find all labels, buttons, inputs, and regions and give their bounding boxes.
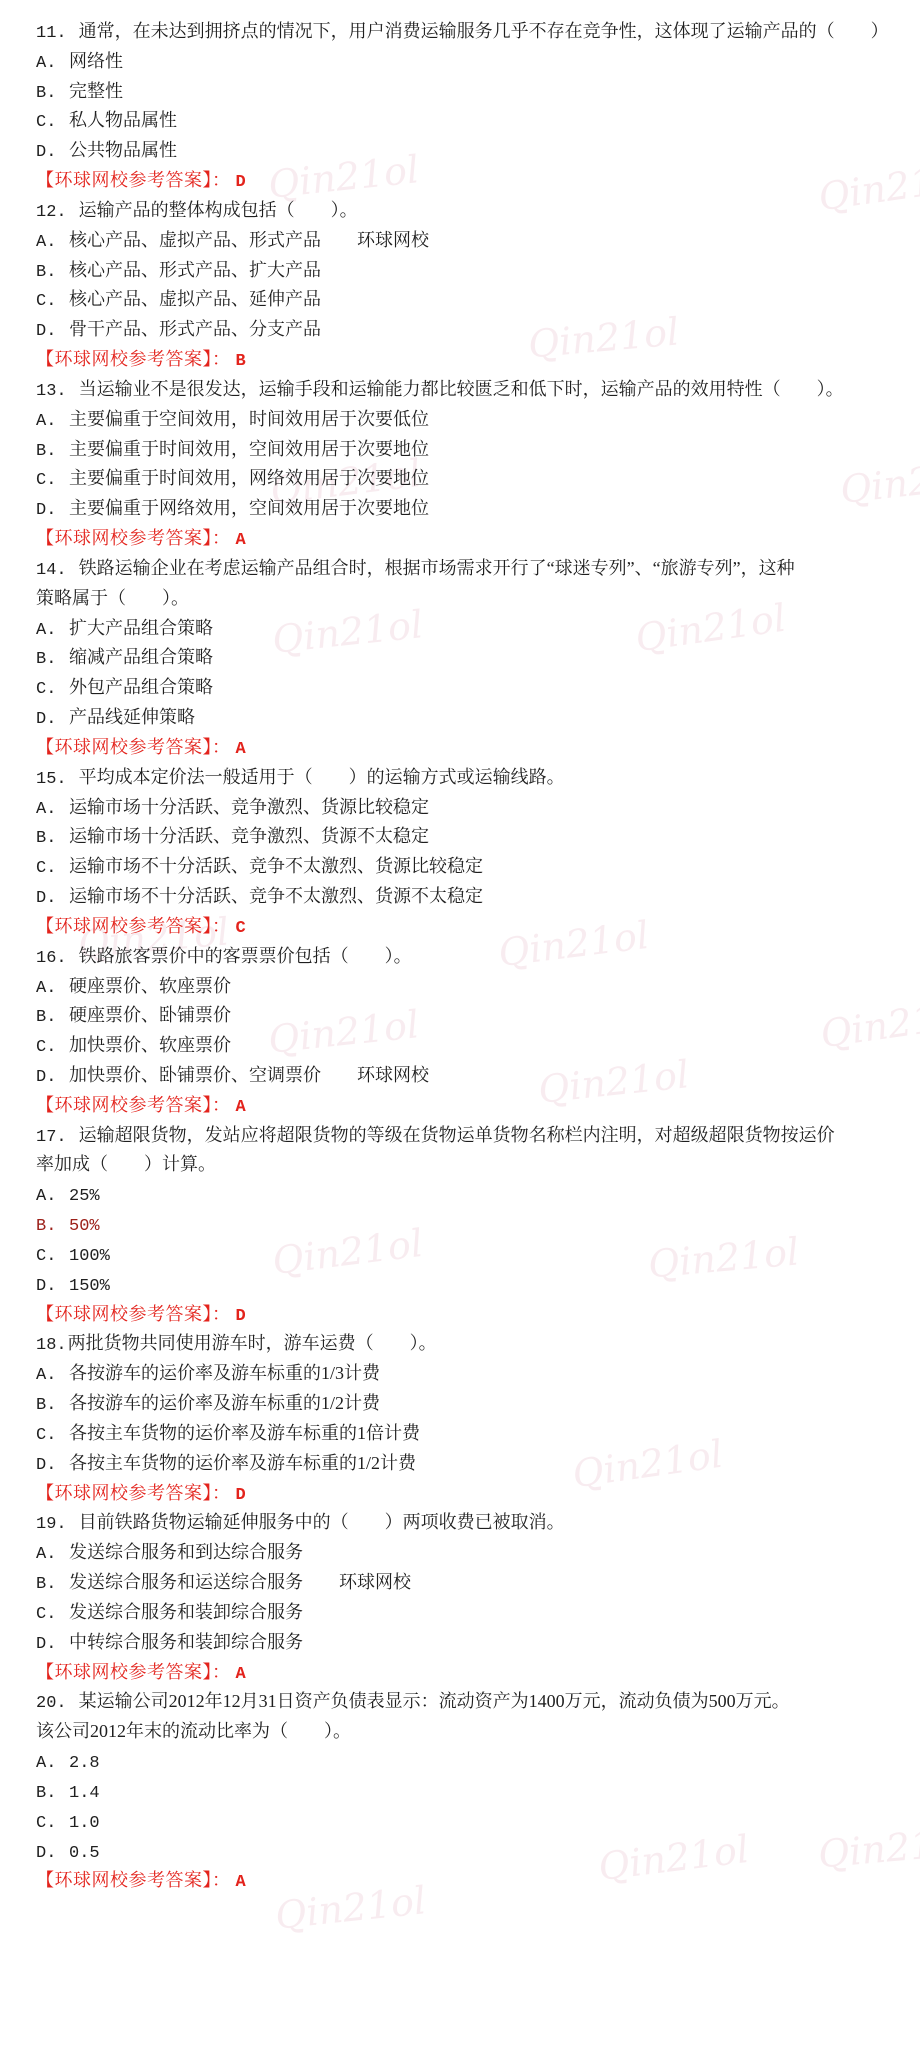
option-row: D.各按主车货物的运价率及游车标重的1/2计费 [36, 1449, 910, 1479]
option-row: D.主要偏重于网络效用，空间效用居于次要地位 [36, 494, 910, 524]
question-wrap-line: 该公司2012年末的流动比率为（ ）。 [36, 1717, 910, 1747]
option-key: A. [36, 407, 59, 437]
option-key: A. [36, 1540, 59, 1570]
option-text: 运输市场十分活跃、竞争激烈、货源不太稳定 [69, 826, 429, 846]
question-text: 某运输公司2012年12月31日资产负债表显示：流动资产为1400万元，流动负债… [79, 1691, 790, 1711]
option-key: A. [36, 228, 59, 258]
answer-row: 【环球网校参考答案】：A [36, 1091, 910, 1121]
option-key: B. [36, 1779, 59, 1809]
answer-label: 【环球网校参考答案】： [36, 737, 231, 757]
option-text: 核心产品、虚拟产品、延伸产品 [69, 289, 321, 309]
option-text: 产品线延伸策略 [69, 707, 195, 727]
question-block: 18.两批货物共同使用游车时，游车运费（ ）。A.各按游车的运价率及游车标重的1… [36, 1329, 910, 1508]
option-text: 外包产品组合策略 [69, 677, 213, 697]
option-row: A.2.8 [36, 1747, 910, 1777]
option-text: 0.5 [69, 1844, 100, 1863]
option-key: A. [36, 974, 59, 1004]
option-text: 完整性 [69, 81, 123, 101]
answer-value: A [236, 1665, 246, 1684]
answer-row: 【环球网校参考答案】：A [36, 524, 910, 554]
option-text: 网络性 [69, 51, 123, 71]
option-text: 发送综合服务和运送综合服务 环球网校 [69, 1572, 411, 1592]
option-text: 扩大产品组合策略 [69, 618, 213, 638]
option-text: 150% [69, 1277, 110, 1296]
option-text: 核心产品、虚拟产品、形式产品 环球网校 [69, 230, 429, 250]
option-text: 各按主车货物的运价率及游车标重的1/2计费 [69, 1453, 416, 1473]
answer-row: 【环球网校参考答案】：A [36, 733, 910, 763]
option-key: C. [36, 1033, 59, 1063]
option-row: A.扩大产品组合策略 [36, 614, 910, 644]
option-text: 发送综合服务和装卸综合服务 [69, 1602, 303, 1622]
question-block: 17.运输超限货物，发站应将超限货物的等级在货物运单货物名称栏内注明，对超级超限… [36, 1121, 910, 1330]
option-key: A. [36, 795, 59, 825]
option-key: C. [36, 287, 59, 317]
option-key: A. [36, 49, 59, 79]
question-number: 20. [36, 1694, 67, 1713]
question-number: 13. [36, 382, 67, 401]
exam-page: { "answer_label": "【环球网校参考答案】：", "waterm… [0, 0, 920, 2060]
option-key: C. [36, 108, 59, 138]
option-key: B. [36, 1003, 59, 1033]
option-text: 缩减产品组合策略 [69, 647, 213, 667]
answer-label: 【环球网校参考答案】： [36, 916, 231, 936]
question-number: 14. [36, 561, 67, 580]
question-first-line: 18.两批货物共同使用游车时，游车运费（ ）。 [36, 1329, 910, 1359]
option-key: B. [36, 645, 59, 675]
option-row: B.各按游车的运价率及游车标重的1/2计费 [36, 1389, 910, 1419]
option-row: C.各按主车货物的运价率及游车标重的1倍计费 [36, 1419, 910, 1449]
answer-row: 【环球网校参考答案】：D [36, 1479, 910, 1509]
option-row: A.主要偏重于空间效用，时间效用居于次要低位 [36, 405, 910, 435]
question-text: 当运输业不是很发达，运输手段和运输能力都比较匮乏和低下时，运输产品的效用特性（ … [79, 379, 844, 399]
option-text: 中转综合服务和装卸综合服务 [69, 1632, 303, 1652]
option-text: 骨干产品、形式产品、分支产品 [69, 319, 321, 339]
question-text: 两批货物共同使用游车时，游车运费（ ）。 [68, 1333, 437, 1353]
question-first-line: 20.某运输公司2012年12月31日资产负债表显示：流动资产为1400万元，流… [36, 1687, 910, 1717]
answer-value: A [236, 740, 246, 759]
question-block: 13.当运输业不是很发达，运输手段和运输能力都比较匮乏和低下时，运输产品的效用特… [36, 375, 910, 554]
option-row: C.核心产品、虚拟产品、延伸产品 [36, 285, 910, 315]
option-text: 各按游车的运价率及游车标重的1/3计费 [69, 1363, 380, 1383]
option-text: 运输市场十分活跃、竞争激烈、货源比较稳定 [69, 797, 429, 817]
option-row: B.运输市场十分活跃、竞争激烈、货源不太稳定 [36, 822, 910, 852]
question-text: 目前铁路货物运输延伸服务中的（ ）两项收费已被取消。 [79, 1512, 565, 1532]
option-key: D. [36, 705, 59, 735]
answer-value: A [236, 531, 246, 550]
option-key: C. [36, 675, 59, 705]
question-block: 12.运输产品的整体构成包括（ ）。A.核心产品、虚拟产品、形式产品 环球网校B… [36, 196, 910, 375]
option-row: B.发送综合服务和运送综合服务 环球网校 [36, 1568, 910, 1598]
option-text: 硬座票价、卧铺票价 [69, 1005, 231, 1025]
option-key: D. [36, 1630, 59, 1660]
option-key: C. [36, 1421, 59, 1451]
question-first-line: 17.运输超限货物，发站应将超限货物的等级在货物运单货物名称栏内注明，对超级超限… [36, 1121, 910, 1151]
question-block: 20.某运输公司2012年12月31日资产负债表显示：流动资产为1400万元，流… [36, 1687, 910, 1896]
option-key: C. [36, 1242, 59, 1272]
option-text: 各按游车的运价率及游车标重的1/2计费 [69, 1393, 380, 1413]
question-number: 15. [36, 770, 67, 789]
option-row: C.主要偏重于时间效用，网络效用居于次要地位 [36, 464, 910, 494]
option-text: 各按主车货物的运价率及游车标重的1倍计费 [69, 1423, 420, 1443]
question-wrap-line: 率加成（ ）计算。 [36, 1150, 910, 1180]
answer-value: B [236, 352, 246, 371]
option-text: 1.4 [69, 1784, 100, 1803]
option-row: B.1.4 [36, 1777, 910, 1807]
answer-row: 【环球网校参考答案】：B [36, 345, 910, 375]
option-key: D. [36, 1272, 59, 1302]
question-number: 17. [36, 1128, 67, 1147]
question-number: 11. [36, 24, 67, 43]
answer-label: 【环球网校参考答案】： [36, 528, 231, 548]
option-key: D. [36, 138, 59, 168]
answer-row: 【环球网校参考答案】：A [36, 1658, 910, 1688]
option-text: 公共物品属性 [69, 140, 177, 160]
answer-value: A [236, 1098, 246, 1117]
question-text: 运输超限货物，发站应将超限货物的等级在货物运单货物名称栏内注明，对超级超限货物按… [79, 1125, 835, 1145]
answer-row: 【环球网校参考答案】：A [36, 1866, 910, 1896]
option-row: A.25% [36, 1180, 910, 1210]
answer-value: A [236, 1873, 246, 1892]
question-number: 16. [36, 949, 67, 968]
answer-label: 【环球网校参考答案】： [36, 1662, 231, 1682]
option-key: B. [36, 437, 59, 467]
option-text: 25% [69, 1187, 100, 1206]
option-row: B.缩减产品组合策略 [36, 643, 910, 673]
option-row: B.主要偏重于时间效用，空间效用居于次要地位 [36, 435, 910, 465]
option-row: C.发送综合服务和装卸综合服务 [36, 1598, 910, 1628]
option-text: 主要偏重于时间效用，空间效用居于次要地位 [69, 439, 429, 459]
option-key: A. [36, 1361, 59, 1391]
option-row: C.100% [36, 1240, 910, 1270]
option-row: A.核心产品、虚拟产品、形式产品 环球网校 [36, 226, 910, 256]
option-key: D. [36, 317, 59, 347]
option-row: B.50% [36, 1210, 910, 1240]
question-first-line: 13.当运输业不是很发达，运输手段和运输能力都比较匮乏和低下时，运输产品的效用特… [36, 375, 910, 405]
option-key: B. [36, 1391, 59, 1421]
option-row: C.1.0 [36, 1807, 910, 1837]
question-first-line: 15.平均成本定价法一般适用于（ ）的运输方式或运输线路。 [36, 763, 910, 793]
answer-label: 【环球网校参考答案】： [36, 1483, 231, 1503]
answer-label: 【环球网校参考答案】： [36, 1870, 231, 1890]
option-text: 运输市场不十分活跃、竞争不太激烈、货源比较稳定 [69, 856, 483, 876]
option-row: D.0.5 [36, 1837, 910, 1867]
question-number: 18. [36, 1336, 67, 1355]
question-first-line: 11.通常，在未达到拥挤点的情况下，用户消费运输服务几乎不存在竞争性，这体现了运… [36, 17, 910, 47]
option-key: B. [36, 1570, 59, 1600]
question-block: 11.通常，在未达到拥挤点的情况下，用户消费运输服务几乎不存在竞争性，这体现了运… [36, 17, 910, 196]
option-row: A.网络性 [36, 47, 910, 77]
option-text: 加快票价、卧铺票价、空调票价 环球网校 [69, 1065, 429, 1085]
answer-row: 【环球网校参考答案】：D [36, 166, 910, 196]
option-row: B.核心产品、形式产品、扩大产品 [36, 256, 910, 286]
question-block: 16.铁路旅客票价中的客票票价包括（ ）。A.硬座票价、软座票价B.硬座票价、卧… [36, 942, 910, 1121]
option-text: 运输市场不十分活跃、竞争不太激烈、货源不太稳定 [69, 886, 483, 906]
answer-label: 【环球网校参考答案】： [36, 170, 231, 190]
option-key: A. [36, 1182, 59, 1212]
option-row: D.骨干产品、形式产品、分支产品 [36, 315, 910, 345]
option-key: D. [36, 1451, 59, 1481]
option-key: D. [36, 496, 59, 526]
option-text: 硬座票价、软座票价 [69, 976, 231, 996]
question-first-line: 19.目前铁路货物运输延伸服务中的（ ）两项收费已被取消。 [36, 1508, 910, 1538]
option-row: D.运输市场不十分活跃、竞争不太激烈、货源不太稳定 [36, 882, 910, 912]
option-row: D.产品线延伸策略 [36, 703, 910, 733]
option-row: A.硬座票价、软座票价 [36, 972, 910, 1002]
question-block: 14.铁路运输企业在考虑运输产品组合时，根据市场需求开行了“球迷专列”、“旅游专… [36, 554, 910, 763]
question-wrap-line: 策略属于（ ）。 [36, 584, 910, 614]
question-number: 12. [36, 203, 67, 222]
option-key: C. [36, 1600, 59, 1630]
option-text: 核心产品、形式产品、扩大产品 [69, 260, 321, 280]
option-key: C. [36, 1809, 59, 1839]
option-row: B.硬座票价、卧铺票价 [36, 1001, 910, 1031]
answer-value: D [236, 1486, 246, 1505]
option-text: 100% [69, 1247, 110, 1266]
answer-value: C [236, 919, 246, 938]
option-text: 1.0 [69, 1814, 100, 1833]
option-row: A.运输市场十分活跃、竞争激烈、货源比较稳定 [36, 793, 910, 823]
question-text: 铁路运输企业在考虑运输产品组合时，根据市场需求开行了“球迷专列”、“旅游专列”，… [79, 558, 795, 578]
option-row: D.中转综合服务和装卸综合服务 [36, 1628, 910, 1658]
option-key: C. [36, 466, 59, 496]
question-text: 铁路旅客票价中的客票票价包括（ ）。 [79, 946, 412, 966]
option-key: A. [36, 1749, 59, 1779]
question-first-line: 14.铁路运输企业在考虑运输产品组合时，根据市场需求开行了“球迷专列”、“旅游专… [36, 554, 910, 584]
option-row: A.各按游车的运价率及游车标重的1/3计费 [36, 1359, 910, 1389]
question-block: 19.目前铁路货物运输延伸服务中的（ ）两项收费已被取消。A.发送综合服务和到达… [36, 1508, 910, 1687]
option-key: B. [36, 1212, 59, 1242]
answer-label: 【环球网校参考答案】： [36, 1304, 231, 1324]
option-row: D.加快票价、卧铺票价、空调票价 环球网校 [36, 1061, 910, 1091]
option-text: 加快票价、软座票价 [69, 1035, 231, 1055]
question-block: 15.平均成本定价法一般适用于（ ）的运输方式或运输线路。A.运输市场十分活跃、… [36, 763, 910, 942]
option-text: 主要偏重于网络效用，空间效用居于次要地位 [69, 498, 429, 518]
option-key: B. [36, 258, 59, 288]
option-text: 主要偏重于时间效用，网络效用居于次要地位 [69, 468, 429, 488]
option-row: C.运输市场不十分活跃、竞争不太激烈、货源比较稳定 [36, 852, 910, 882]
answer-value: D [236, 173, 246, 192]
option-text: 发送综合服务和到达综合服务 [69, 1542, 303, 1562]
option-key: C. [36, 854, 59, 884]
option-row: C.私人物品属性 [36, 106, 910, 136]
option-text: 主要偏重于空间效用，时间效用居于次要低位 [69, 409, 429, 429]
option-text: 50% [69, 1217, 100, 1236]
option-row: C.加快票价、软座票价 [36, 1031, 910, 1061]
option-key: D. [36, 1063, 59, 1093]
question-first-line: 12.运输产品的整体构成包括（ ）。 [36, 196, 910, 226]
option-row: C.外包产品组合策略 [36, 673, 910, 703]
option-key: B. [36, 824, 59, 854]
option-text: 2.8 [69, 1754, 100, 1773]
question-list: 11.通常，在未达到拥挤点的情况下，用户消费运输服务几乎不存在竞争性，这体现了运… [0, 0, 920, 1896]
option-key: B. [36, 79, 59, 109]
answer-label: 【环球网校参考答案】： [36, 349, 231, 369]
option-text: 私人物品属性 [69, 110, 177, 130]
option-key: D. [36, 884, 59, 914]
answer-label: 【环球网校参考答案】： [36, 1095, 231, 1115]
answer-value: D [236, 1307, 246, 1326]
answer-row: 【环球网校参考答案】：C [36, 912, 910, 942]
question-text: 平均成本定价法一般适用于（ ）的运输方式或运输线路。 [79, 767, 565, 787]
option-row: B.完整性 [36, 77, 910, 107]
question-text: 通常，在未达到拥挤点的情况下，用户消费运输服务几乎不存在竞争性，这体现了运输产品… [79, 21, 889, 41]
option-row: A.发送综合服务和到达综合服务 [36, 1538, 910, 1568]
option-key: A. [36, 616, 59, 646]
option-key: D. [36, 1839, 59, 1869]
option-row: D.公共物品属性 [36, 136, 910, 166]
answer-row: 【环球网校参考答案】：D [36, 1300, 910, 1330]
question-number: 19. [36, 1515, 67, 1534]
option-row: D.150% [36, 1270, 910, 1300]
question-text: 运输产品的整体构成包括（ ）。 [79, 200, 358, 220]
question-first-line: 16.铁路旅客票价中的客票票价包括（ ）。 [36, 942, 910, 972]
